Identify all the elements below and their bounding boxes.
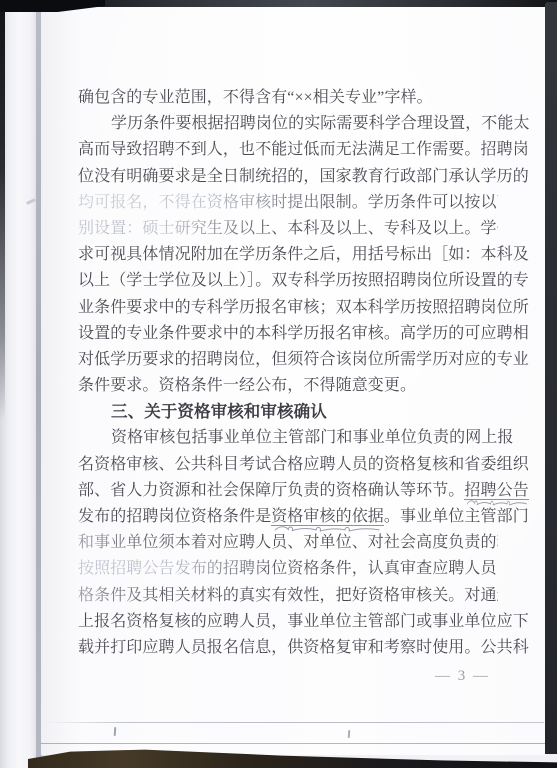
text-block: 确包含的专业范围，不得含有“××相关专业”字样。学历条件要根据招聘岗位的实际需要… <box>78 85 498 661</box>
text-segment: 部、省人力资源和社会保障厅负责的资格确认等环节。 <box>78 482 464 499</box>
text-line: 求可视具体情况附加在学历条件之后，用括号标出［如：本科及 <box>78 242 498 268</box>
text-line: 学历条件要根据招聘岗位的实际需要科学合理设置，不能太 <box>78 111 498 137</box>
text-line: 业条件要求中的专科学历报名审核；双本科学历按照招聘岗位所 <box>78 295 498 321</box>
text-line: 设置的专业条件要求中的本科学历报名审核。高学历的可应聘相 <box>78 321 498 347</box>
pen-underlined-phrase: 招聘公告 <box>464 482 528 500</box>
text-line: 别设置：硕士研究生及以上、本科及以上、专科及以上。学位要 <box>78 216 498 242</box>
underlying-page-edge-line <box>44 722 544 723</box>
scan-right-dark-edge <box>545 2 557 754</box>
text-segment: 。事业单位主管部门 <box>384 508 529 525</box>
text-line: 载并打印应聘人员报名信息，供资格复审和考察时使用。公共科 <box>78 635 498 661</box>
text-line: 部、省人力资源和社会保障厅负责的资格确认等环节。招聘公告 <box>78 478 498 504</box>
section-heading: 三、关于资格审核和审核确认 <box>78 399 498 425</box>
pen-squiggle-annotation-icon <box>273 524 381 533</box>
text-line: 确包含的专业范围，不得含有“××相关专业”字样。 <box>78 85 498 111</box>
text-line: 按照招聘公告发布的招聘岗位资格条件，认真审查应聘人员的资 <box>78 556 498 582</box>
text-line: 高而导致招聘不到人，也不能过低而无法满足工作需要。招聘岗 <box>78 137 498 163</box>
pen-squiggle-annotation-icon <box>466 498 528 507</box>
text-line: 发布的招聘岗位资格条件是资格审核的依据。事业单位主管部门 <box>78 504 498 530</box>
text-line: 位没有明确要求是全日制统招的，国家教育行政部门承认学历的 <box>78 164 498 190</box>
text-segment: 发布的招聘岗位资格条件是 <box>78 508 271 525</box>
pen-underlined-phrase: 资格审核的依据 <box>271 508 384 526</box>
scan-left-dark-edge <box>0 0 5 420</box>
text-line: 对低学历要求的招聘岗位，但须符合该岗位所需学历对应的专业 <box>78 347 498 373</box>
text-line: 以上（学士学位及以上）］。双专科学历按照招聘岗位所设置的专 <box>78 268 498 294</box>
text-line: 名资格审核、公共科目考试合格应聘人员的资格复核和省委组织 <box>78 452 498 478</box>
underlying-page-edge-line <box>40 743 545 744</box>
text-line: 均可报名，不得在资格审核时提出限制。学历条件可以按以下类 <box>78 190 498 216</box>
text-line: 和事业单位须本着对应聘人员、对单位、对社会高度负责的精神， <box>78 530 498 556</box>
scanned-document-page: 确包含的专业范围，不得含有“××相关专业”字样。学历条件要根据招聘岗位的实际需要… <box>0 0 557 768</box>
page-number: — 3 — <box>78 668 490 685</box>
text-line: 条件要求。资格条件一经公布，不得随意变更。 <box>78 373 498 399</box>
text-line: 上报名资格复核的应聘人员，事业单位主管部门或事业单位应下 <box>78 609 498 635</box>
page-edge-tick-mark <box>348 730 350 738</box>
text-line: 格条件及其相关材料的真实有效性，把好资格审核关。对通过网 <box>78 583 498 609</box>
text-line: 资格审核包括事业单位主管部门和事业单位负责的网上报 <box>78 425 498 451</box>
